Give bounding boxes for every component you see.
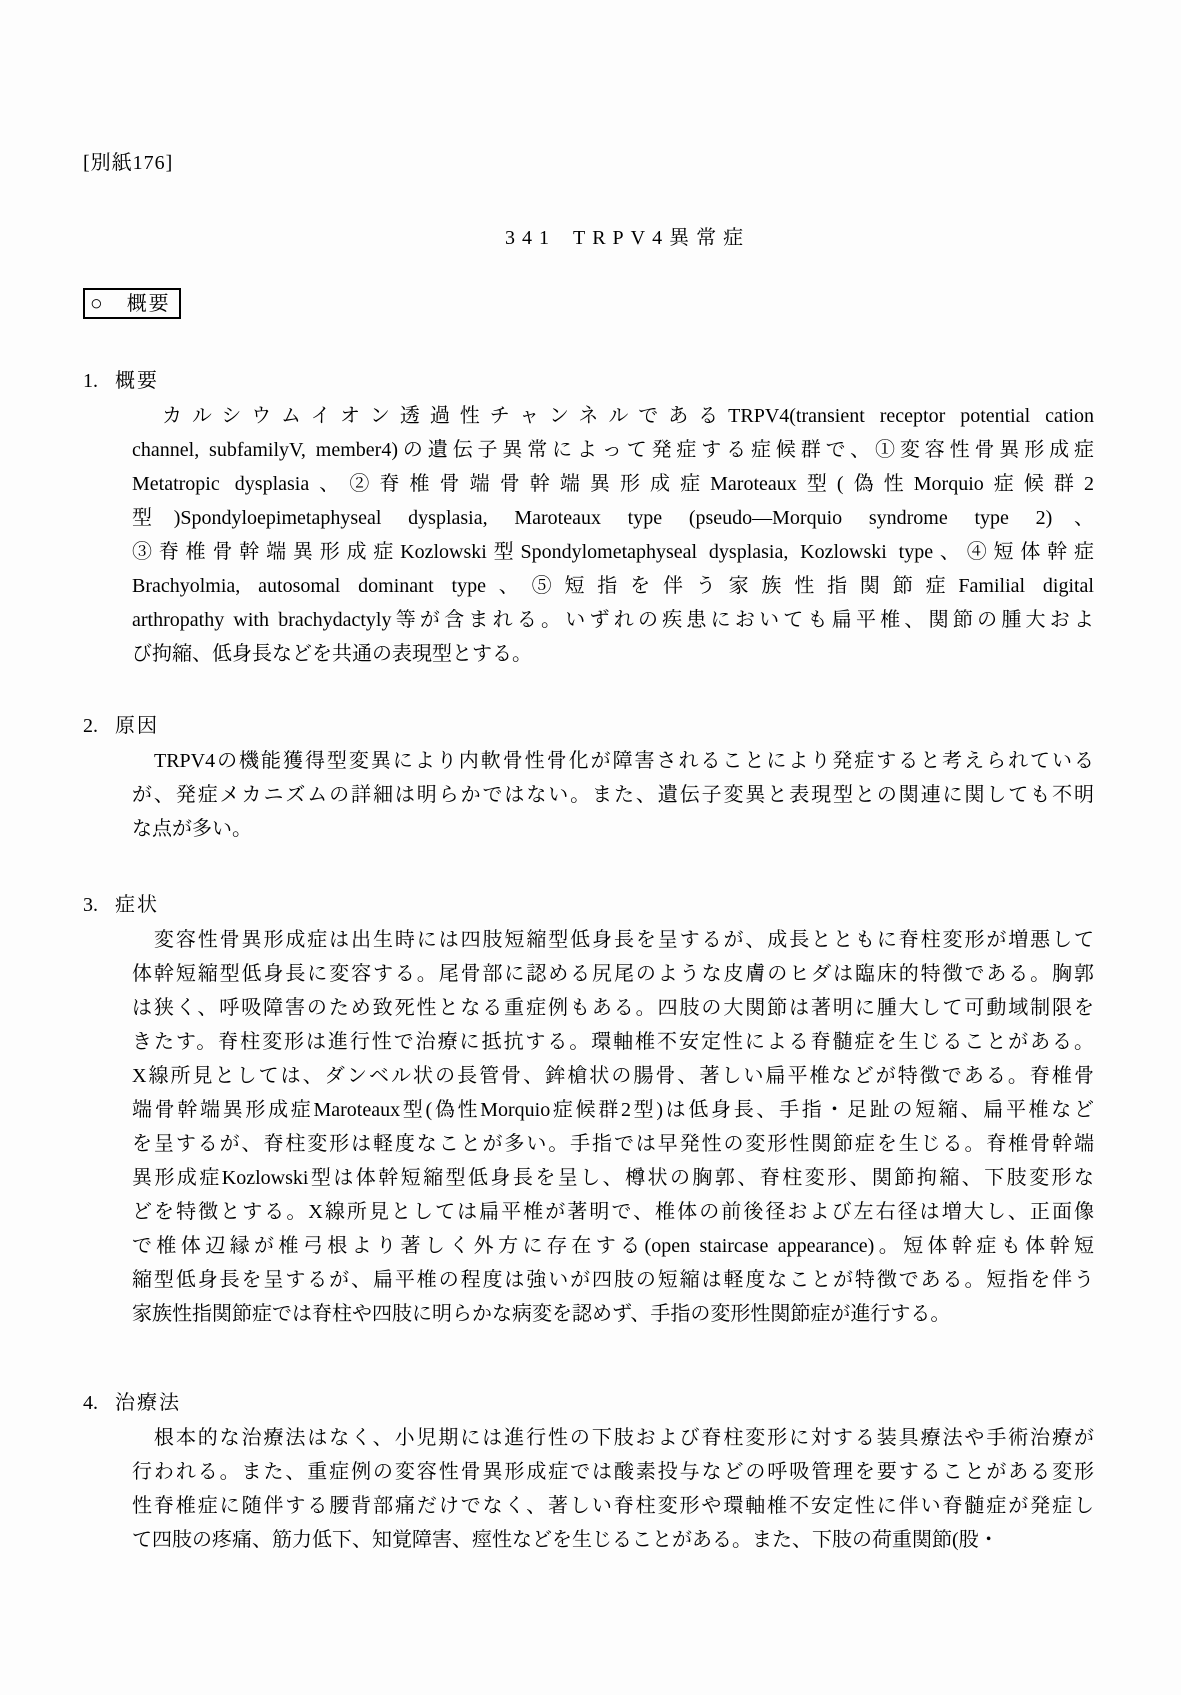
page-title: 341TRPV4異常症 — [505, 225, 1181, 251]
section-overview: 1.概要 カルシウムイオン透過性チャンネルであるTRPV4(transient … — [0, 364, 1181, 671]
paragraph-line: arthropathy with brachydactyly等が含まれる。いずれ… — [132, 603, 1094, 637]
paragraph-line: Metatropic dysplasia、②脊椎骨端骨幹端異形成症Marotea… — [132, 467, 1094, 501]
section-cause: 2.原因 TRPV4の機能獲得型変異により内軟骨性骨化が障害されることにより発症… — [0, 709, 1181, 846]
section-heading: 2.原因 — [83, 709, 1181, 744]
paragraph: 根本的な治療法はなく、小児期には進行性の下肢および脊柱変形に対する装具療法や手術… — [132, 1421, 1094, 1557]
section-heading: 3.症状 — [83, 888, 1181, 923]
attachment-number-label: [別紙176] — [83, 150, 1181, 176]
overview-box: ○概要 — [83, 288, 181, 319]
section-heading: 1.概要 — [83, 364, 1181, 399]
section-treatment: 4.治療法 根本的な治療法はなく、小児期には進行性の下肢および脊柱変形に対する装… — [0, 1386, 1181, 1557]
section-title: 症状 — [115, 894, 159, 916]
disease-name: TRPV4異常症 — [573, 227, 750, 249]
section-number: 3. — [83, 894, 98, 916]
document-page: [別紙176] 341TRPV4異常症 ○概要 1.概要 カルシウムイオン透過性… — [0, 0, 1181, 1695]
paragraph-line: 型)Spondyloepimetaphyseal dysplasia, Maro… — [132, 501, 1094, 535]
paragraph-line: な点が多い。 — [132, 812, 1094, 846]
section-title: 治療法 — [115, 1392, 181, 1414]
section-title: 原因 — [115, 715, 159, 737]
paragraph-line: 端骨幹端異形成症Maroteaux型(偽性Morquio症候群2型)は低身長、手… — [132, 1093, 1094, 1127]
paragraph-line: ③脊椎骨幹端異形成症Kozlowski型Spondylometaphyseal … — [132, 535, 1094, 569]
disease-number: 341 — [505, 227, 556, 249]
paragraph-line: カルシウムイオン透過性チャンネルであるTRPV4(transient recep… — [132, 399, 1094, 433]
paragraph-line: 体幹短縮型低身長に変容する。尾骨部に認める尻尾のような皮膚のヒダは臨床的特徴であ… — [132, 957, 1094, 991]
paragraph-line: Brachyolmia, autosomal dominant type、⑤短指… — [132, 569, 1094, 603]
paragraph-line: 変容性骨異形成症は出生時には四肢短縮型低身長を呈するが、成長とともに脊柱変形が増… — [132, 923, 1094, 957]
paragraph-line: が、発症メカニズムの詳細は明らかではない。また、遺伝子変異と表現型との関連に関し… — [132, 778, 1094, 812]
paragraph-line: channel, subfamilyV, member4)の遺伝子異常によって発… — [132, 433, 1094, 467]
paragraph-line: 行われる。また、重症例の変容性骨異形成症では酸素投与などの呼吸管理を要することが… — [132, 1455, 1094, 1489]
section-title: 概要 — [115, 370, 159, 392]
paragraph: 変容性骨異形成症は出生時には四肢短縮型低身長を呈するが、成長とともに脊柱変形が増… — [132, 923, 1094, 1331]
paragraph-line: び拘縮、低身長などを共通の表現型とする。 — [132, 637, 1094, 671]
paragraph-line: きたす。脊柱変形は進行性で治療に抵抗する。環軸椎不安定性による脊髄症を生じること… — [132, 1025, 1094, 1059]
paragraph-line: 異形成症Kozlowski型は体幹短縮型低身長を呈し、樽状の胸郭、脊柱変形、関節… — [132, 1161, 1094, 1195]
paragraph-line: どを特徴とする。X線所見としては扁平椎が著明で、椎体の前後径および左右径は増大し… — [132, 1195, 1094, 1229]
paragraph: カルシウムイオン透過性チャンネルであるTRPV4(transient recep… — [132, 399, 1094, 671]
paragraph-line: TRPV4の機能獲得型変異により内軟骨性骨化が障害されることにより発症すると考え… — [132, 744, 1094, 778]
paragraph-line: 家族性指関節症では脊柱や四肢に明らかな病変を認めず、手指の変形性関節症が進行する… — [132, 1297, 1094, 1331]
section-number: 1. — [83, 370, 98, 392]
section-number: 4. — [83, 1392, 98, 1414]
paragraph-line: で椎体辺縁が椎弓根より著しく外方に存在する(open staircase app… — [132, 1229, 1094, 1263]
paragraph-line: は狭く、呼吸障害のため致死性となる重症例もある。四肢の大関節は著明に腫大して可動… — [132, 991, 1094, 1025]
paragraph-line: 性脊椎症に随伴する腰背部痛だけでなく、著しい脊柱変形や環軸椎不安定性に伴い脊髄症… — [132, 1489, 1094, 1523]
section-heading: 4.治療法 — [83, 1386, 1181, 1421]
section-symptoms: 3.症状 変容性骨異形成症は出生時には四肢短縮型低身長を呈するが、成長とともに脊… — [0, 888, 1181, 1331]
overview-box-label: 概要 — [127, 293, 171, 315]
paragraph-line: を呈するが、脊柱変形は軽度なことが多い。手指では早発性の変形性関節症を生じる。脊… — [132, 1127, 1094, 1161]
paragraph: TRPV4の機能獲得型変異により内軟骨性骨化が障害されることにより発症すると考え… — [132, 744, 1094, 846]
paragraph-line: 縮型低身長を呈するが、扁平椎の程度は強いが四肢の短縮は軽度なことが特徴である。短… — [132, 1263, 1094, 1297]
circle-marker-icon: ○ — [90, 292, 103, 314]
section-number: 2. — [83, 715, 98, 737]
paragraph-line: て四肢の疼痛、筋力低下、知覚障害、痙性などを生じることがある。また、下肢の荷重関… — [132, 1523, 1094, 1557]
paragraph-line: X線所見としては、ダンベル状の長管骨、鉾槍状の腸骨、著しい扁平椎などが特徴である… — [132, 1059, 1094, 1093]
paragraph-line: 根本的な治療法はなく、小児期には進行性の下肢および脊柱変形に対する装具療法や手術… — [132, 1421, 1094, 1455]
